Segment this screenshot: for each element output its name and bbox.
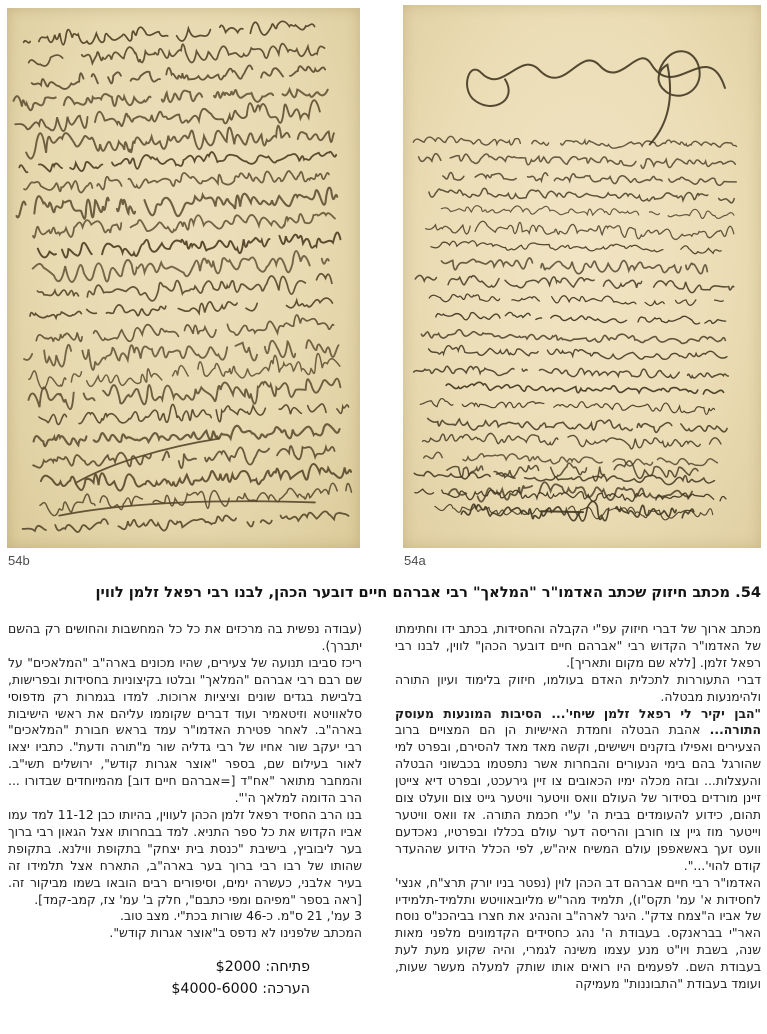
paragraph-biography: האדמו"ר רבי חיים אברהם דב הכהן לוין (נפט…	[395, 875, 761, 993]
auction-catalog-page: 54b 54a 54. מכתב חיזוק שכתב האדמו"ר "המל…	[0, 0, 767, 1034]
description-column-right: מכתב ארוך של דברי חיזוק עפ"י הקבלה והחסי…	[395, 621, 761, 993]
paragraph-biography-continued: (עבודה נפשית בה מרכזים את כל כל המחשבות …	[8, 621, 362, 655]
photo-label-54a: 54a	[404, 553, 426, 568]
paragraph-description: מכתב ארוך של דברי חיזוק עפ"י הקבלה והחסי…	[395, 621, 761, 672]
photo-label-54b: 54b	[8, 553, 30, 568]
estimate-price: הערכה: $4000-6000	[8, 978, 310, 1000]
quote-rest: אהבת הבטלה וחמדת האישיות הן הם המצויים ב…	[395, 722, 761, 872]
paragraph-physical-details: 3 עמ', 21 ס"מ. כ-46 שורות בכת"י. מצב טוב…	[8, 908, 362, 925]
manuscript-photo-54a	[403, 5, 761, 548]
paragraph-malachim-group: ריכז סביבו תנועה של צעירים, שהיו מכונים …	[8, 655, 362, 807]
opening-price: פתיחה: $2000	[8, 956, 310, 978]
lot-title: 54. מכתב חיזוק שכתב האדמו"ר "המלאך" רבי …	[8, 584, 761, 601]
manuscript-photo-54b	[7, 8, 360, 548]
paragraph-quote: "הבן יקיר לי רפאל זלמן שיחי'... הסיבות ה…	[395, 706, 761, 875]
paragraph-summary: דברי התעוררות לתכלית האדם בעולמו, חיזוק …	[395, 672, 761, 706]
description-column-left: (עבודה נפשית בה מרכזים את כל כל המחשבות …	[8, 621, 362, 1000]
paragraph-unpublished-note: המכתב שלפנינו לא נדפס ב"אוצר אגרות קודש"…	[8, 925, 362, 942]
price-block: פתיחה: $2000 הערכה: $4000-6000	[8, 956, 310, 1000]
paragraph-son-biography: בנו הרב החסיד רפאל זלמן הכהן לעווין, בהי…	[8, 807, 362, 908]
handwriting-54a-image	[403, 5, 761, 548]
handwriting-54b-image	[7, 8, 360, 548]
